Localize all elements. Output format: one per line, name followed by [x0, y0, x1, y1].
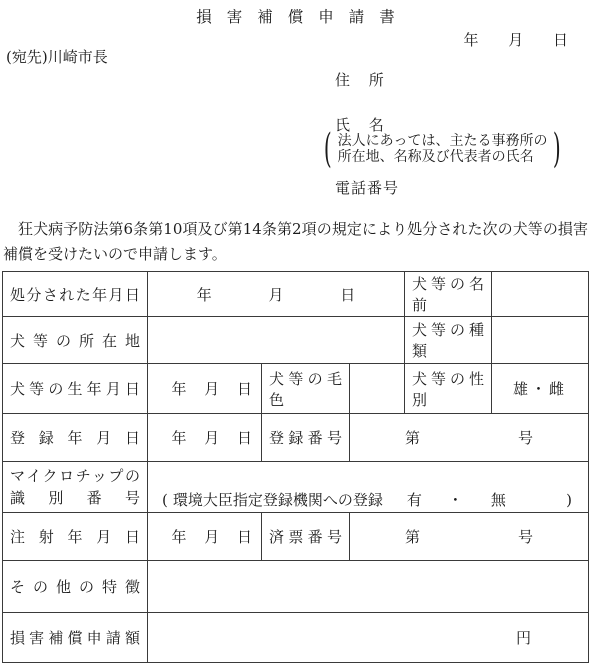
row-other-features: その他の特徴 [3, 561, 589, 613]
registration-yes-option[interactable]: 有 [407, 489, 422, 510]
address-label: 住 所 [335, 69, 384, 90]
close-bracket: ) [553, 131, 561, 167]
registration-date-label: 登録年月日 [3, 414, 148, 462]
number-prefix: 第 [405, 427, 420, 448]
microchip-id-label-line1: マイクロチップの [10, 465, 140, 487]
note-close-paren: ) [566, 491, 572, 509]
application-date-line[interactable]: 年 月 日 [463, 29, 568, 50]
microchip-registration-note: ( 環境大臣指定登録機関への登録 有 ・ 無 ) [155, 489, 581, 510]
row-dog-location: 犬等の所在地 犬等の種類 [3, 317, 589, 364]
registration-no-option[interactable]: 無 [491, 489, 506, 510]
row-amount: 損害補償申請額 円 [3, 613, 589, 663]
dog-details-table: 処分された年月日 年 月 日 犬等の名前 犬等の所在地 犬等の種類 犬等の生年月… [2, 271, 589, 663]
row-dog-birth: 犬等の生年月日 年 月 日 犬等の毛色 犬等の性別 雄・雌 [3, 364, 589, 414]
injection-date-label: 注射年月日 [3, 513, 148, 561]
dog-sex-options[interactable]: 雄・雌 [492, 364, 589, 414]
microchip-id-label: マイクロチップの 識別番号 [3, 462, 148, 513]
form-title: 損害補償申請書 [0, 5, 591, 27]
registration-number-label: 登録番号 [262, 414, 350, 462]
yen-unit: 円 [516, 629, 531, 647]
corporation-note: ( 法人にあっては、主たる事務所の 所在地、名称及び代表者の氏名 ) [320, 131, 565, 167]
phone-label: 電話番号 [335, 177, 399, 198]
tag-number-input-cell[interactable]: 第 号 [350, 513, 589, 561]
registration-number-input-cell[interactable]: 第 号 [350, 414, 589, 462]
dog-location-label: 犬等の所在地 [3, 317, 148, 364]
other-features-input-cell[interactable] [148, 561, 589, 613]
row-disposal-date: 処分された年月日 年 月 日 犬等の名前 [3, 272, 589, 317]
registration-date-input-cell[interactable]: 年 月 日 [148, 414, 262, 462]
other-features-label: その他の特徴 [3, 561, 148, 613]
microchip-id-input-cell[interactable]: ( 環境大臣指定登録機関への登録 有 ・ 無 ) [148, 462, 589, 513]
dog-name-label: 犬等の名前 [405, 272, 492, 317]
dog-name-input-cell[interactable] [492, 272, 589, 317]
tag-number-label: 済票番号 [262, 513, 350, 561]
row-microchip: マイクロチップの 識別番号 ( 環境大臣指定登録機関への登録 有 ・ 無 ) [3, 462, 589, 513]
application-statement: 狂犬病予防法第6条第10項及び第14条第2項の規定により処分された次の犬等の損害… [3, 217, 588, 267]
corporation-note-lines: 法人にあっては、主たる事務所の 所在地、名称及び代表者の氏名 [338, 133, 548, 166]
number-prefix: 第 [405, 526, 420, 547]
registration-number-format: 第 号 [357, 427, 581, 448]
dog-color-label: 犬等の毛色 [262, 364, 350, 414]
addressee-kawasaki-mayor: (宛先)川崎市長 [6, 46, 108, 67]
row-registration: 登録年月日 年 月 日 登録番号 第 号 [3, 414, 589, 462]
injection-date-input-cell[interactable]: 年 月 日 [148, 513, 262, 561]
option-separator-dot: ・ [448, 489, 463, 510]
disposal-date-input-cell[interactable]: 年 月 日 [148, 272, 405, 317]
env-minister-registration-text: 環境大臣指定登録機関への登録 [173, 489, 383, 510]
dog-birthdate-label: 犬等の生年月日 [3, 364, 148, 414]
dog-birthdate-input-cell[interactable]: 年 月 日 [148, 364, 262, 414]
amount-label: 損害補償申請額 [3, 613, 148, 663]
corporation-note-line1: 法人にあっては、主たる事務所の [338, 133, 548, 150]
number-suffix: 号 [518, 427, 533, 448]
microchip-id-label-line2: 識別番号 [10, 487, 140, 509]
compensation-application-form: 損害補償申請書 年 月 日 (宛先)川崎市長 住 所 氏 名 ( 法人にあっては… [0, 0, 591, 665]
dog-kind-label: 犬等の種類 [405, 317, 492, 364]
dog-color-input-cell[interactable] [350, 364, 405, 414]
tag-number-format: 第 号 [357, 526, 581, 547]
open-bracket: ( [324, 131, 332, 167]
number-suffix: 号 [518, 526, 533, 547]
amount-input-cell[interactable]: 円 [148, 613, 589, 663]
corporation-note-line2: 所在地、名称及び代表者の氏名 [338, 149, 548, 166]
row-injection: 注射年月日 年 月 日 済票番号 第 号 [3, 513, 589, 561]
dog-sex-label: 犬等の性別 [405, 364, 492, 414]
dog-kind-input-cell[interactable] [492, 317, 589, 364]
dog-location-input-cell[interactable] [148, 317, 405, 364]
note-open-paren: ( [162, 491, 168, 509]
disposal-date-label: 処分された年月日 [3, 272, 148, 317]
